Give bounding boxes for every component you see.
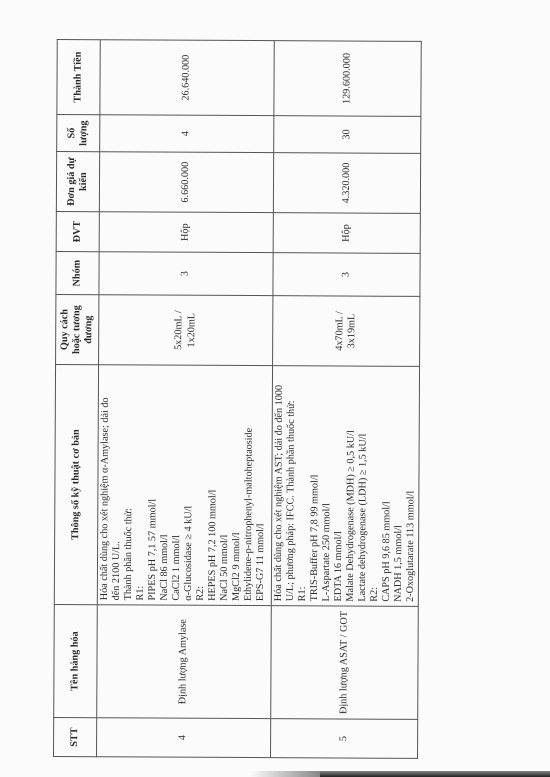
scan-shadow	[250, 771, 330, 777]
cell-stt: 5	[270, 719, 418, 759]
cell-group: 3	[99, 252, 273, 296]
cell-group: 3	[273, 253, 421, 297]
cell-total: 129.600.000	[274, 41, 422, 117]
header-unit: ĐVT	[56, 212, 99, 252]
header-name: Tên hàng hóa	[54, 605, 98, 718]
header-spec: Thông số kỹ thuật cơ bản	[54, 365, 98, 605]
cell-pack: 5x20mL / 1x20mL	[99, 295, 273, 366]
cell-qty: 4	[100, 115, 274, 153]
cell-pack: 4x70mL / 3x19mL	[273, 296, 421, 367]
scan-edge	[320, 771, 550, 777]
spec-line: 2-Oxoglutarate 113 mmol/l	[405, 371, 418, 602]
spec-line: α-Glucosidase ≥ 4 kU/l	[183, 370, 196, 601]
header-pack: Quy cách hoặc tương đương	[56, 295, 99, 365]
table-row: 5 Định lượng ASAT / GOT Hóa chất dùng ch…	[270, 41, 421, 759]
header-qty: Số lượng	[57, 115, 100, 152]
spec-line: Lactate dehydrogenase (LDH) ≥ 1,5 kU/l	[357, 371, 370, 602]
rotated-page: STT Tên hàng hóa Thông số kỹ thuật cơ bả…	[53, 40, 409, 759]
cell-stt: 4	[97, 718, 271, 758]
cell-spec: Hóa chất dùng cho xét nghiệm α-Amylase; …	[97, 365, 272, 606]
cell-name: Định lượng Amylase	[97, 605, 272, 719]
cell-qty: 30	[274, 116, 422, 154]
cell-unit: Hộp	[99, 212, 273, 253]
goods-table: STT Tên hàng hóa Thông số kỹ thuật cơ bả…	[53, 39, 422, 759]
header-group: Nhóm	[56, 252, 99, 295]
cell-price: 4.320.000	[273, 153, 421, 214]
cell-name: Định lượng ASAT / GOT	[271, 606, 419, 720]
cell-spec: Hóa chất dùng cho xét nghiệm AST; dải đo…	[271, 366, 420, 607]
cell-price: 6.660.000	[99, 152, 273, 213]
cell-unit: Hộp	[273, 213, 421, 254]
spec-line: U/L; phương pháp: IFCC. Thành phần thuốc…	[285, 370, 298, 601]
cell-total: 26.640.000	[100, 40, 274, 116]
header-price: Đơn giá dự kiến	[56, 152, 99, 212]
spec-line: EPS-G7 11 mmol/l	[255, 370, 268, 601]
spec-line: Thành phần thuốc thử:	[123, 369, 136, 600]
table-header-row: STT Tên hàng hóa Thông số kỹ thuật cơ bả…	[54, 40, 101, 757]
header-stt: STT	[54, 718, 97, 757]
header-total: Thành Tiền	[57, 40, 100, 115]
table-row: 4 Định lượng Amylase Hóa chất dùng cho x…	[97, 40, 275, 758]
